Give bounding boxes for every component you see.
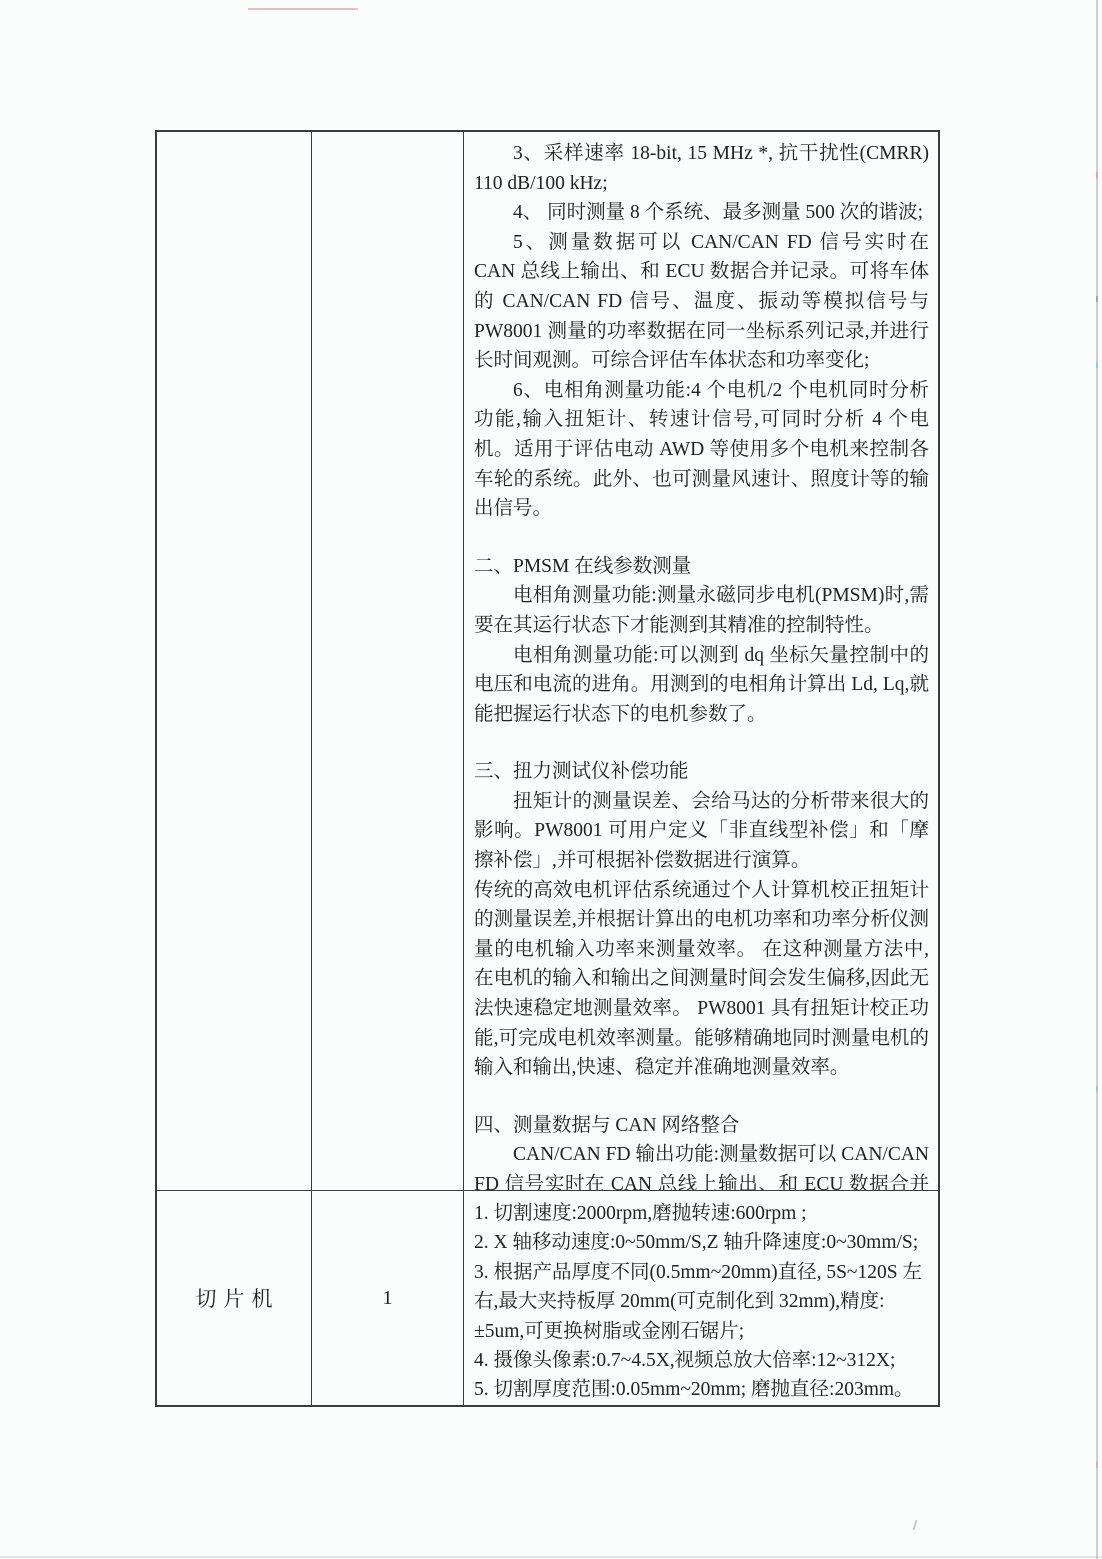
scan-artifact-tick xyxy=(1096,362,1098,368)
spec-paragraph: 电相角测量功能:可以测到 dq 坐标矢量控制中的电压和电流的进角。用测到的电相角… xyxy=(474,641,929,730)
device-name-cell-row1 xyxy=(157,132,312,1191)
spec-cell-row1: 3、采样速率 18-bit, 15 MHz *, 抗干扰性(CMRR) 110 … xyxy=(464,132,938,1191)
spec-cell-row2: 1. 切割速度:2000rpm,磨抛转速:600rpm ;2. X 轴移动速度:… xyxy=(464,1191,938,1405)
spec-paragraph: 二、PMSM 在线参数测量 xyxy=(474,552,929,582)
spec-paragraph: 1. 切割速度:2000rpm,磨抛转速:600rpm ; xyxy=(474,1199,929,1228)
specification-table: 3、采样速率 18-bit, 15 MHz *, 抗干扰性(CMRR) 110 … xyxy=(155,130,940,1407)
scan-artifact-right-edge-line xyxy=(1096,0,1098,1559)
scan-artifact-tick xyxy=(1096,1086,1098,1092)
spec-paragraph: 电相角测量功能:测量永磁同步电机(PMSM)时,需要在其运行状态下才能测到其精准… xyxy=(474,581,929,640)
spec-paragraph: 6、电相角测量功能:4 个电机/2 个电机同时分析功能,输入扭矩计、转速计信号,… xyxy=(474,376,929,524)
spec-paragraph: 5. 切割厚度范围:0.05mm~20mm; 磨抛直径:203mm。 xyxy=(474,1375,929,1404)
spec-paragraph: 3. 根据产品厚度不同(0.5mm~20mm)直径, 5S~120S 左右,最大… xyxy=(474,1258,929,1346)
spec-paragraph: CAN/CAN FD 输出功能:测量数据可以 CAN/CAN FD 信号实时在 … xyxy=(474,1140,929,1191)
quantity-cell-row2: 1 xyxy=(312,1191,464,1405)
scanned-document-page: 3、采样速率 18-bit, 15 MHz *, 抗干扰性(CMRR) 110 … xyxy=(0,0,1102,1559)
device-name-cell-row2: 切片机 xyxy=(157,1191,312,1405)
scan-artifact-pink-line xyxy=(248,8,358,10)
scan-artifact-stray-mark xyxy=(913,1520,918,1530)
quantity-cell-row1 xyxy=(312,132,464,1191)
spec-paragraph: 4、 同时测量 8 个系统、最多测量 500 次的谐波; xyxy=(474,198,929,228)
spec-paragraph: 传统的高效电机评估系统通过个人计算机校正扭矩计的测量误差,并根据计算出的电机功率… xyxy=(474,876,929,1083)
scan-artifact-bottom-line xyxy=(0,1556,1102,1558)
spec-paragraph: 三、扭力测试仪补偿功能 xyxy=(474,757,929,787)
scan-artifact-tick xyxy=(1096,296,1098,302)
spec-paragraph: 3、采样速率 18-bit, 15 MHz *, 抗干扰性(CMRR) 110 … xyxy=(474,139,929,198)
scan-artifact-tick xyxy=(1096,1462,1098,1468)
spec-paragraph: 四、测量数据与 CAN 网络整合 xyxy=(474,1111,929,1141)
scan-artifact-tick xyxy=(1096,172,1098,178)
spec-paragraph: 4. 摄像头像素:0.7~4.5X,视频总放大倍率:12~312X; xyxy=(474,1346,929,1375)
spec-paragraph: 5、测量数据可以 CAN/CAN FD 信号实时在 CAN 总线上输出、和 EC… xyxy=(474,228,929,376)
spec-paragraph: 扭矩计的测量误差、会给马达的分析带来很大的影响。PW8001 可用户定义「非直线… xyxy=(474,787,929,876)
spec-paragraph: 2. X 轴移动速度:0~50mm/S,Z 轴升降速度:0~30mm/S; xyxy=(474,1228,929,1257)
